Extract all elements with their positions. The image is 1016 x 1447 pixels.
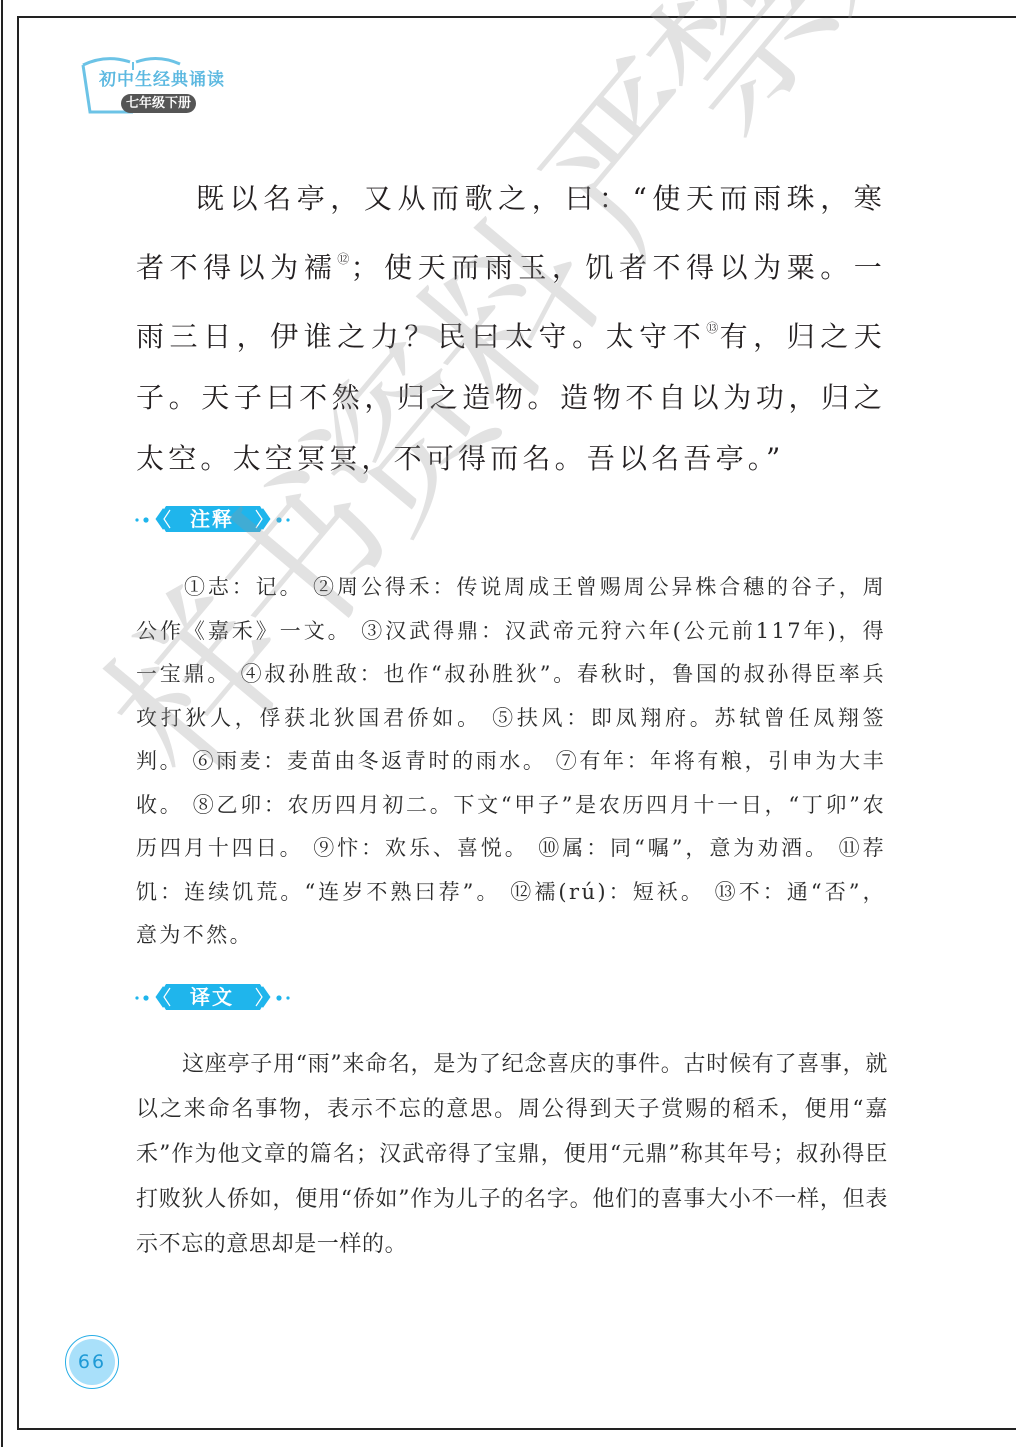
section-header-translation: 译文	[130, 980, 290, 1014]
decorative-dots-icon	[274, 516, 294, 524]
section-title-translation: 译文	[160, 984, 264, 1010]
decorative-dots-icon	[134, 516, 154, 524]
page-number: 66	[69, 1339, 115, 1385]
notes-text: ①志：记。 ②周公得禾：传说周成王曾赐周公异株合穗的谷子，周公作《嘉禾》一文。 …	[136, 566, 886, 958]
series-logo: 初中生经典诵读 七年级下册	[78, 50, 278, 120]
decorative-dots-icon	[274, 994, 294, 1002]
footnote-ref-12: ⑫	[337, 252, 350, 266]
poem-text: 既以名亭，又从而歌之，曰：“使天而雨珠，寒者不得以为襦⑫；使天而雨玉，饥者不得以…	[136, 168, 886, 489]
decorative-dots-icon	[134, 994, 154, 1002]
grade-label: 七年级下册	[121, 94, 196, 113]
series-title: 初中生经典诵读	[99, 65, 225, 90]
page-frame-top	[17, 16, 1016, 18]
footnote-ref-13: ⑬	[706, 321, 719, 335]
page-frame-left	[17, 16, 19, 1430]
section-title-notes: 注释	[160, 506, 264, 532]
translation-text: 这座亭子用“雨”来命名，是为了纪念喜庆的事件。古时候有了喜事，就以之来命名事物，…	[136, 1042, 888, 1267]
page-frame-bottom	[17, 1428, 1016, 1430]
section-header-notes: 注释	[130, 502, 290, 536]
page-edge-rule	[1, 0, 3, 1447]
page-number-badge: 66	[65, 1335, 119, 1389]
